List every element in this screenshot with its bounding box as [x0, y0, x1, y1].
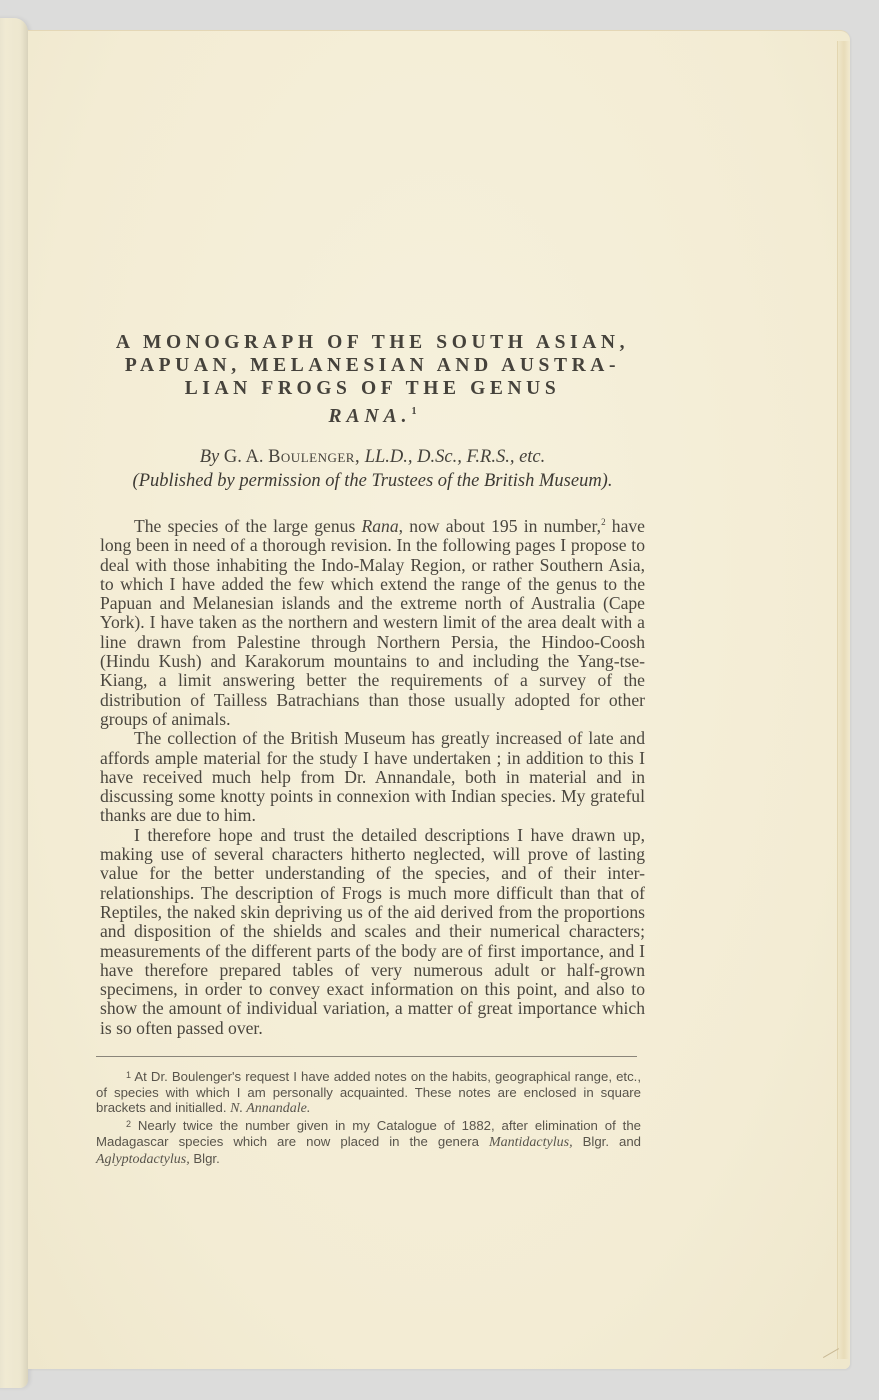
- footnote-separator: [96, 1056, 637, 1057]
- footnotes: 1 At Dr. Boulenger's request I have adde…: [96, 1068, 641, 1167]
- paragraph-1-text-b: , now about 195 in number,: [399, 516, 601, 536]
- footnote-2-genus-1: Mantidactylus,: [489, 1135, 573, 1150]
- article-body: The species of the large genus Rana, now…: [100, 517, 645, 1038]
- author-degrees: LL.D., D.Sc., F.R.S., etc.: [365, 447, 546, 467]
- page-fore-edge: [837, 41, 850, 1359]
- footnote-1-signature: N. Annandale.: [230, 1101, 310, 1116]
- body-paragraph-1: The species of the large genus Rana, now…: [100, 517, 645, 729]
- footnote-2-genus-2: Aglyptodactylus,: [96, 1152, 190, 1167]
- footnote-2-text-b: Blgr. and: [573, 1134, 641, 1149]
- article-title: A MONOGRAPH OF THE SOUTH ASIAN, PAPUAN, …: [100, 331, 645, 428]
- publication-permission: (Published by permission of the Trustees…: [100, 469, 645, 493]
- byline-by: By: [200, 447, 220, 467]
- footnote-1: 1 At Dr. Boulenger's request I have adde…: [96, 1068, 641, 1117]
- title-genus: RANA.: [329, 406, 412, 427]
- title-line-4: RANA.1: [100, 400, 645, 428]
- paragraph-1-text-c: have long been in need of a thorough rev…: [100, 516, 645, 729]
- footnote-1-text: At Dr. Boulenger's request I have added …: [96, 1069, 641, 1115]
- page-corner-fold: [823, 1348, 843, 1365]
- title-line-3: LIAN FROGS OF THE GENUS: [100, 377, 645, 400]
- title-footnote-mark: 1: [411, 406, 416, 417]
- body-paragraph-2: The collection of the British Museum has…: [100, 729, 645, 825]
- article-text-block: A MONOGRAPH OF THE SOUTH ASIAN, PAPUAN, …: [100, 331, 645, 1167]
- paragraph-1-text-a: The species of the large genus: [134, 516, 362, 536]
- adjacent-page-edge: [0, 18, 28, 1388]
- footnote-2: 2 Nearly twice the number given in my Ca…: [96, 1117, 641, 1167]
- author-surname: Boulenger,: [268, 447, 360, 467]
- footnote-2-text-c: Blgr.: [190, 1151, 220, 1166]
- book-page: A MONOGRAPH OF THE SOUTH ASIAN, PAPUAN, …: [28, 30, 850, 1369]
- author-initials: G. A.: [224, 447, 264, 467]
- title-line-2: PAPUAN, MELANESIAN AND AUSTRA-: [100, 354, 645, 377]
- byline: By G. A. Boulenger, LL.D., D.Sc., F.R.S.…: [100, 445, 645, 469]
- body-paragraph-3: I therefore hope and trust the detailed …: [100, 826, 645, 1038]
- paragraph-1-genus: Rana: [362, 516, 399, 536]
- title-line-1: A MONOGRAPH OF THE SOUTH ASIAN,: [100, 331, 645, 354]
